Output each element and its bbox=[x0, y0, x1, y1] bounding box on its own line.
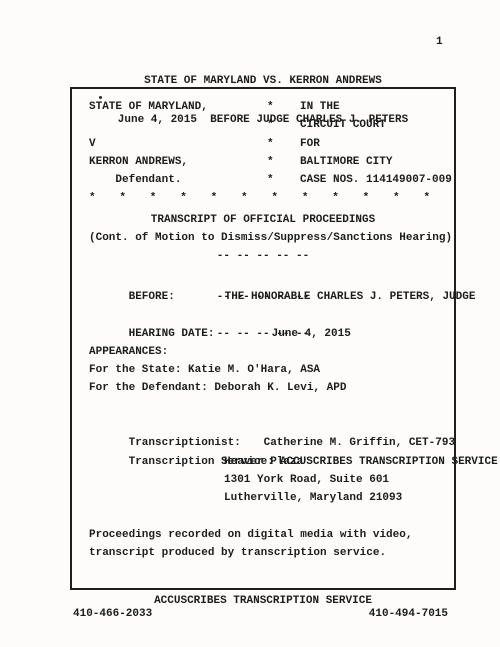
caption-court-line: FOR bbox=[300, 135, 454, 153]
page-number: 1 bbox=[436, 36, 443, 49]
caption-row: * CIRCUIT COURT bbox=[89, 116, 454, 134]
transcript-page: 1 STATE OF MARYLAND VS. KERRON ANDREWS J… bbox=[0, 0, 500, 647]
caption-defendant-name: KERRON ANDREWS, bbox=[89, 153, 267, 171]
transcription-service-value: ACCUSCRIBES TRANSCRIPTION SERVICE bbox=[280, 456, 498, 468]
before-label: BEFORE: bbox=[129, 288, 225, 306]
transcript-cover-box: STATE OF MARYLAND, * IN THE * CIRCUIT CO… bbox=[70, 87, 456, 590]
hearing-date-row: HEARING DATE:June 4, 2015 bbox=[89, 306, 454, 324]
caption-separator: * bbox=[267, 153, 300, 171]
caption-separator: * bbox=[267, 135, 300, 153]
caption-defendant-role: Defendant. bbox=[89, 171, 267, 189]
caption-row: Defendant. * CASE NOS. 114149007-009 bbox=[89, 171, 454, 189]
spacer bbox=[89, 398, 454, 416]
recording-note-line-2: transcript produced by transcription ser… bbox=[89, 544, 454, 562]
transcriptionist-label: Transcriptionist: bbox=[129, 434, 264, 452]
service-address-line: Lutherville, Maryland 21093 bbox=[89, 489, 454, 507]
caption-row: KERRON ANDREWS, * BALTIMORE CITY bbox=[89, 153, 454, 171]
asterisk-divider: * * * * * * * * * * * * bbox=[89, 189, 454, 207]
caption-case-numbers: CASE NOS. 114149007-009 bbox=[300, 171, 454, 189]
section-divider: -- -- -- -- -- bbox=[89, 247, 454, 265]
caption-court-line: BALTIMORE CITY bbox=[300, 153, 454, 171]
caption-row: STATE OF MARYLAND, * IN THE bbox=[89, 98, 454, 116]
before-row: BEFORE:THE HONORABLE CHARLES J. PETERS, … bbox=[89, 270, 454, 288]
spacer bbox=[89, 508, 454, 526]
appearances-heading: APPEARANCES: bbox=[89, 343, 454, 361]
transcript-subtitle: (Cont. of Motion to Dismiss/Suppress/San… bbox=[89, 229, 454, 247]
caption-separator: * bbox=[267, 116, 300, 134]
footer-phone-right: 410-494-7015 bbox=[369, 608, 448, 620]
transcriptionist-row: Transcriptionist:Catherine M. Griffin, C… bbox=[89, 416, 454, 434]
caption-row: V * FOR bbox=[89, 135, 454, 153]
transcript-title: TRANSCRIPT OF OFFICIAL PROCEEDINGS bbox=[89, 211, 454, 229]
service-address-line: 1301 York Road, Suite 601 bbox=[89, 471, 454, 489]
caption-separator: * bbox=[267, 98, 300, 116]
appearance-defendant: For the Defendant: Deborah K. Levi, APD bbox=[89, 379, 454, 397]
caption-court-line: IN THE bbox=[300, 98, 454, 116]
appearance-state: For the State: Katie M. O'Hara, ASA bbox=[89, 361, 454, 379]
caption-court-line: CIRCUIT COURT bbox=[300, 116, 454, 134]
caption-plaintiff: STATE OF MARYLAND, bbox=[89, 98, 267, 116]
recording-note-line-1: Proceedings recorded on digital media wi… bbox=[89, 526, 454, 544]
caption-separator: * bbox=[267, 171, 300, 189]
footer-phone-left: 410-466-2033 bbox=[73, 608, 152, 620]
footer-company-name: ACCUSCRIBES TRANSCRIPTION SERVICE bbox=[70, 595, 456, 607]
caption-versus: V bbox=[89, 135, 267, 153]
transcriptionist-value: Catherine M. Griffin, CET-793 bbox=[264, 437, 455, 449]
caption-left-blank bbox=[89, 116, 267, 134]
footer-phone-row: 410-466-2033 410-494-7015 bbox=[73, 608, 448, 620]
